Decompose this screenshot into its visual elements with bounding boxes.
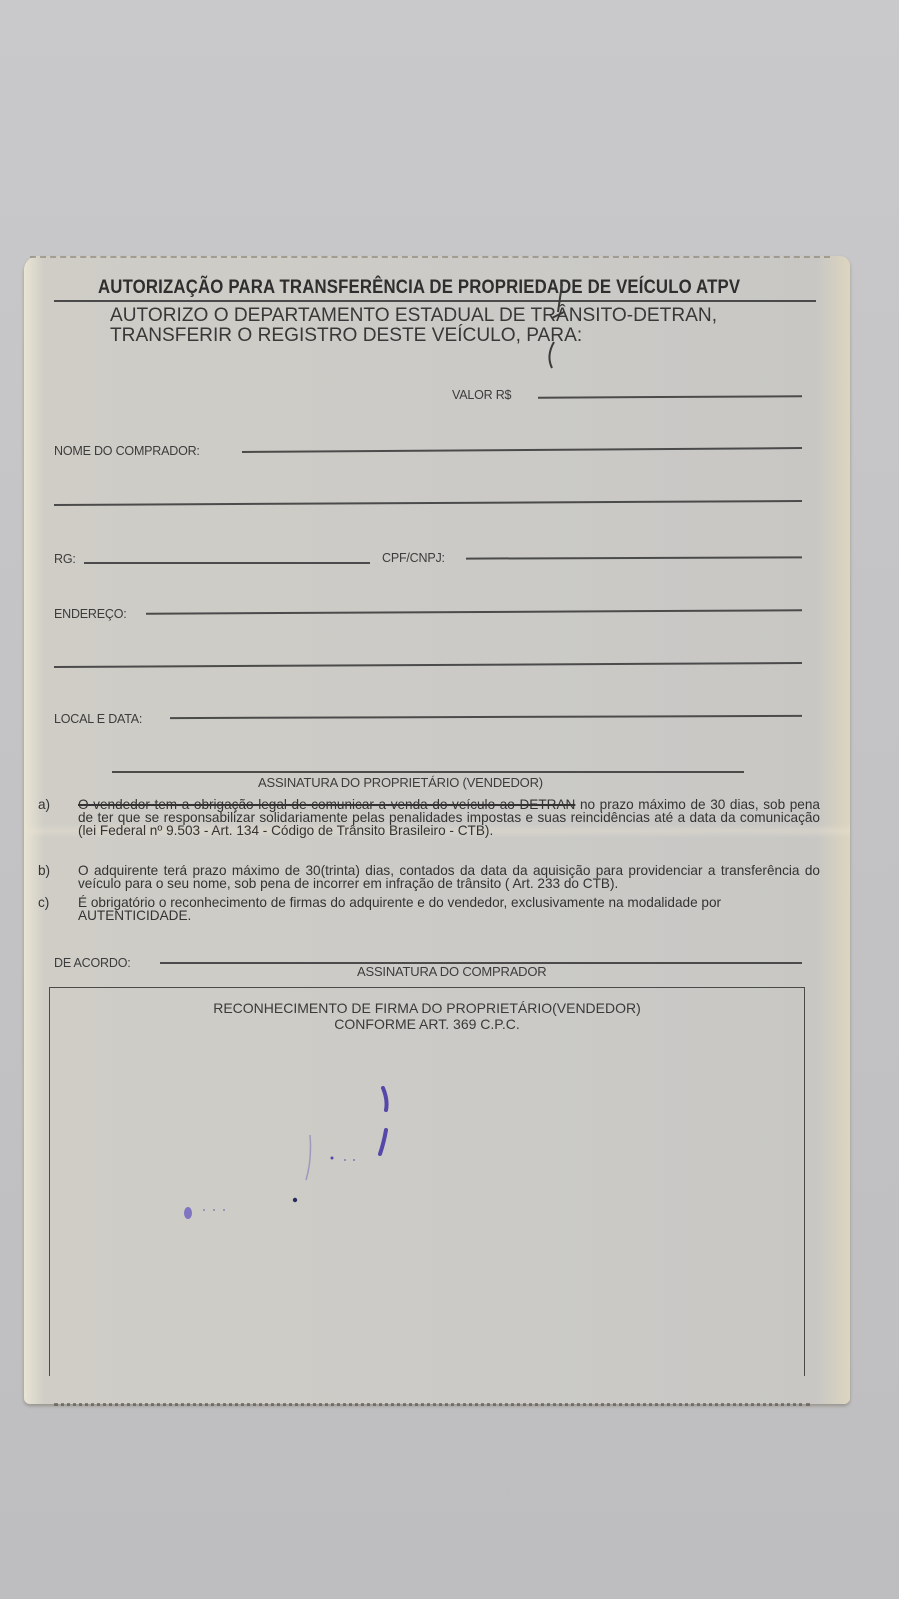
notary-title-line-1: RECONHECIMENTO DE FIRMA DO PROPRIETÁRIO(… [50,1000,804,1016]
note-a-key: a) [58,798,78,811]
nome-comprador-label: NOME DO COMPRADOR: [54,444,200,458]
document-title: AUTORIZAÇÃO PARA TRANSFERÊNCIA DE PROPRI… [98,276,740,299]
note-b-key: b) [58,864,78,877]
pen-stroke-mark [540,282,580,372]
seller-signature-caption: ASSINATURA DO PROPRIETÁRIO (VENDEDOR) [258,775,543,790]
rg-label: RG: [54,552,76,566]
notary-title-line-2: CONFORME ART. 369 C.P.C. [50,1016,804,1032]
valor-label: VALOR R$ [452,388,511,402]
de-acordo-label: DE ACORDO: [54,956,131,970]
notary-box-title: RECONHECIMENTO DE FIRMA DO PROPRIETÁRIO(… [50,1000,804,1032]
note-c: c)É obrigatório o reconhecimento de firm… [58,896,820,922]
local-data-label: LOCAL E DATA: [54,712,142,726]
note-b: b)O adquirente terá prazo máximo de 30(t… [58,864,820,890]
endereco-label: ENDEREÇO: [54,607,127,621]
notary-recognition-box: RECONHECIMENTO DE FIRMA DO PROPRIETÁRIO(… [49,987,805,1376]
note-b-text: O adquirente terá prazo máximo de 30(tri… [78,863,820,891]
cpf-cnpj-label: CPF/CNPJ: [382,551,445,565]
ink-signature-marks [170,1080,410,1230]
buyer-signature-caption: ASSINATURA DO COMPRADOR [357,964,546,979]
note-c-text: É obrigatório o reconhecimento de firmas… [78,895,721,923]
rg-field[interactable] [84,562,370,564]
note-a: a)O vendedor tem a obrigação legal de co… [58,798,820,837]
seller-signature-line[interactable] [112,771,744,773]
note-c-key: c) [58,896,78,909]
title-underline [54,300,816,302]
intro-line-2: TRANSFERIR O REGISTRO DESTE VEÍCULO, PAR… [110,324,582,347]
